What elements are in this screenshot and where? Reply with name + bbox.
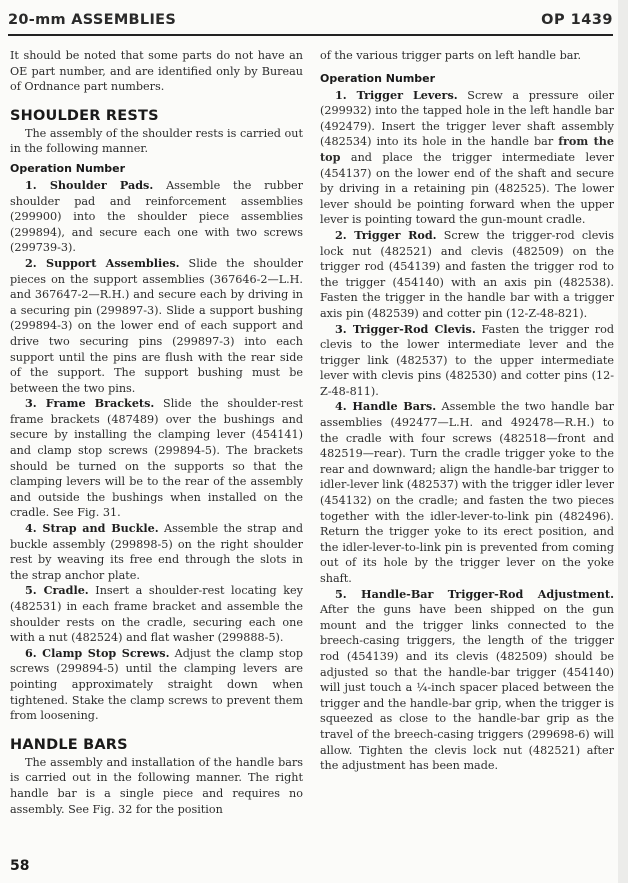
section-title: 20-mm ASSEMBLIES: [8, 12, 176, 28]
shoulder-rests-intro: The assembly of the shoulder rests is ca…: [10, 126, 303, 157]
intro-paragraph: It should be noted that some parts do no…: [10, 48, 303, 95]
operation-title: 5. Handle-Bar Trigger-Rod Adjustment.: [335, 587, 614, 601]
operation-title: 4. Strap and Buckle.: [25, 521, 159, 535]
operation-clamp-stop-screws: 6. Clamp Stop Screws. Adjust the clamp s…: [10, 646, 303, 724]
operation-text: and place the trigger intermediate lever…: [320, 151, 614, 226]
operation-number-subheading: Operation Number: [320, 71, 614, 86]
operation-text: Screw the trigger-rod clevis lock nut (4…: [320, 229, 614, 320]
operation-frame-brackets: 3. Frame Brackets. Slide the shoulder-re…: [10, 396, 303, 521]
page-number: 58: [10, 858, 29, 874]
operation-text: Assemble the two handle bar assemblies (…: [320, 400, 614, 585]
operation-trigger-rod-clevis: 3. Trigger-Rod Clevis. Fasten the trigge…: [320, 322, 614, 400]
operation-title: 6. Clamp Stop Screws.: [25, 646, 169, 660]
heading-shoulder-rests: SHOULDER RESTS: [10, 107, 303, 125]
operation-text: Slide the shoulder-rest frame brackets (…: [10, 397, 303, 519]
operation-title: 4. Handle Bars.: [335, 399, 436, 413]
operation-number-subheading: Operation Number: [10, 161, 303, 176]
operation-title: 3. Frame Brackets.: [25, 396, 154, 410]
operation-title: 3. Trigger-Rod Clevis.: [335, 322, 476, 336]
operation-text: After the guns have been shipped on the …: [320, 603, 614, 772]
operation-handle-bars: 4. Handle Bars. Assemble the two handle …: [320, 399, 614, 586]
operation-text: Slide the shoulder pieces on the support…: [10, 257, 303, 395]
page-edge-shadow: [618, 0, 628, 883]
left-column: It should be noted that some parts do no…: [10, 48, 303, 817]
right-column: of the various trigger parts on left han…: [320, 48, 614, 774]
document-page: 20-mm ASSEMBLIES OP 1439 It should be no…: [0, 0, 628, 883]
operation-trigger-levers: 1. Trigger Levers. Screw a pressure oile…: [320, 88, 614, 228]
heading-handle-bars: HANDLE BARS: [10, 736, 303, 754]
operation-title: 2. Support Assemblies.: [25, 256, 180, 270]
operation-support-assemblies: 2. Support Assemblies. Slide the shoulde…: [10, 256, 303, 396]
operation-shoulder-pads: 1. Shoulder Pads. Assemble the rubber sh…: [10, 178, 303, 256]
operation-trigger-rod: 2. Trigger Rod. Screw the trigger-rod cl…: [320, 228, 614, 322]
operation-strap-and-buckle: 4. Strap and Buckle. Assemble the strap …: [10, 521, 303, 583]
continuation-paragraph: of the various trigger parts on left han…: [320, 48, 614, 64]
operation-cradle: 5. Cradle. Insert a shoulder-rest locati…: [10, 583, 303, 645]
operation-title: 5. Cradle.: [25, 583, 89, 597]
page-header: 20-mm ASSEMBLIES OP 1439: [8, 12, 613, 36]
publication-number: OP 1439: [541, 12, 613, 28]
operation-handle-bar-trigger-rod-adjustment: 5. Handle-Bar Trigger-Rod Adjustment. Af…: [320, 587, 614, 774]
operation-title: 2. Trigger Rod.: [335, 228, 437, 242]
handle-bars-intro: The assembly and installation of the han…: [10, 755, 303, 817]
operation-title: 1. Trigger Levers.: [335, 88, 458, 102]
operation-title: 1. Shoulder Pads.: [25, 178, 153, 192]
